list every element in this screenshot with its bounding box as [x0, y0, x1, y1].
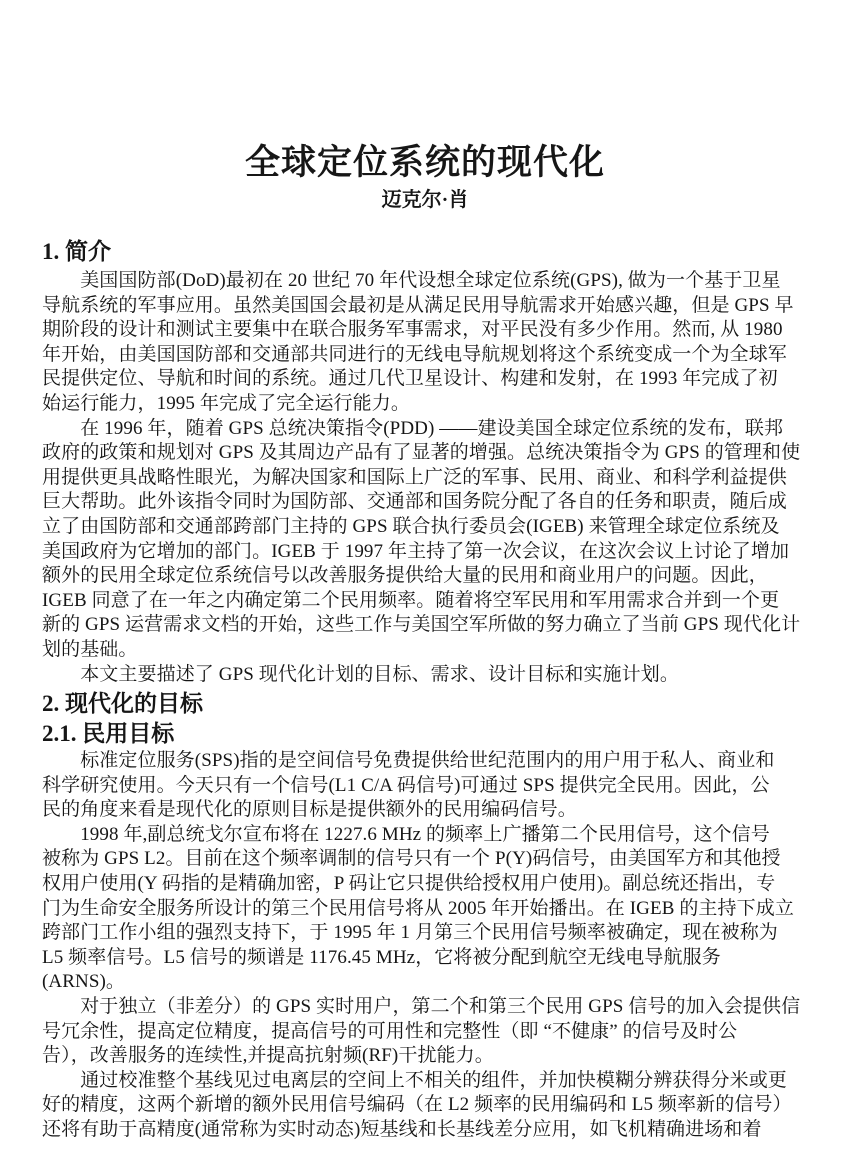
text-line: 期阶段的设计和测试主要集中在联合服务军事需求，对平民没有多少作用。然而, 从 1…	[42, 318, 808, 343]
text-line: 巨大帮助。此外该指令同时为国防部、交通部和国务院分配了各自的任务和职责，随后成	[42, 490, 808, 515]
text-line: 划的基础。	[42, 638, 808, 663]
text-line: 对于独立（非差分）的 GPS 实时用户，第二个和第三个民用 GPS 信号的加入会…	[42, 995, 808, 1020]
text-line: 1998 年,副总统戈尔宣布将在 1227.6 MHz 的频率上广播第二个民用信…	[42, 823, 808, 848]
text-line: 导航系统的军事应用。虽然美国国会最初是从满足民用导航需求开始感兴趣，但是 GPS…	[42, 294, 808, 319]
text-line: 政府的政策和规划对 GPS 及其周边产品有了显著的增强。总统决策指令为 GPS …	[42, 441, 808, 466]
text-line: 通过校准整个基线见过电离层的空间上不相关的组件，并加快模糊分辨获得分米或更	[42, 1069, 808, 1094]
text-line: L5 频率信号。L5 信号的频谱是 1176.45 MHz，它将被分配到航空无线…	[42, 946, 808, 971]
text-line: 本文主要描述了 GPS 现代化计划的目标、需求、设计目标和实施计划。	[42, 663, 808, 688]
text-line: 告），改善服务的连续性,并提高抗射频(RF)干扰能力。	[42, 1044, 808, 1069]
document-author: 迈克尔·肖	[42, 187, 808, 214]
text-line: 在 1996 年，随着 GPS 总统决策指令(PDD) ——建设美国全球定位系统…	[42, 417, 808, 442]
section-2-1-heading: 2.1. 民用目标	[42, 719, 808, 749]
text-line: 标准定位服务(SPS)指的是空间信号免费提供给世纪范围内的用户用于私人、商业和	[42, 749, 808, 774]
section-2-heading: 2. 现代化的目标	[42, 689, 808, 719]
text-line: 号冗余性，提高定位精度，提高信号的可用性和完整性（即 “不健康” 的信号及时公	[42, 1020, 808, 1045]
text-line: 新的 GPS 运营需求文档的开始，这些工作与美国空军所做的努力确立了当前 GPS…	[42, 613, 808, 638]
text-line: 用提供更具战略性眼光，为解决国家和国际上广泛的军事、民用、商业、和科学利益提供	[42, 466, 808, 491]
text-line: 民的角度来看是现代化的原则目标是提供额外的民用编码信号。	[42, 798, 808, 823]
text-line: IGEB 同意了在一年之内确定第二个民用频率。随着将空军民用和军用需求合并到一个…	[42, 589, 808, 614]
document-title: 全球定位系统的现代化	[42, 140, 808, 186]
text-line: 立了由国防部和交通部跨部门主持的 GPS 联合执行委员会(IGEB) 来管理全球…	[42, 515, 808, 540]
text-line: 门为生命安全服务所设计的第三个民用信号将从 2005 年开始播出。在 IGEB …	[42, 897, 808, 922]
text-line: 始运行能力，1995 年完成了完全运行能力。	[42, 392, 808, 417]
text-line: 还将有助于高精度(通常称为实时动态)短基线和长基线差分应用，如飞机精确进场和着	[42, 1118, 808, 1143]
text-line: 美国政府为它增加的部门。IGEB 于 1997 年主持了第一次会议，在这次会议上…	[42, 540, 808, 565]
text-line: 跨部门工作小组的强烈支持下，于 1995 年 1 月第三个民用信号频率被确定，现…	[42, 921, 808, 946]
section-1-heading: 1. 简介	[42, 237, 808, 267]
text-line: 好的精度，这两个新增的额外民用信号编码（在 L2 频率的民用编码和 L5 频率新…	[42, 1093, 808, 1118]
text-line: 年开始，由美国国防部和交通部共同进行的无线电导航规划将这个系统变成一个为全球军	[42, 343, 808, 368]
document-content: 全球定位系统的现代化 迈克尔·肖 1. 简介 美国国防部(DoD)最初在 20 …	[0, 0, 846, 1143]
text-line: (ARNS)。	[42, 970, 808, 995]
text-line: 科学研究使用。今天只有一个信号(L1 C/A 码信号)可通过 SPS 提供完全民…	[42, 774, 808, 799]
document-page: 全球定位系统的现代化 迈克尔·肖 1. 简介 美国国防部(DoD)最初在 20 …	[0, 0, 846, 1155]
text-line: 额外的民用全球定位系统信号以改善服务提供给大量的民用和商业用户的问题。因此，	[42, 564, 808, 589]
text-line: 民提供定位、导航和时间的系统。通过几代卫星设计、构建和发射，在 1993 年完成…	[42, 367, 808, 392]
text-line: 权用户使用(Y 码指的是精确加密，P 码让它只提供给授权用户使用)。副总统还指出…	[42, 872, 808, 897]
text-line: 被称为 GPS L2。目前在这个频率调制的信号只有一个 P(Y)码信号，由美国军…	[42, 847, 808, 872]
section-2-1-body: 标准定位服务(SPS)指的是空间信号免费提供给世纪范围内的用户用于私人、商业和 …	[42, 749, 808, 1143]
text-line: 美国国防部(DoD)最初在 20 世纪 70 年代设想全球定位系统(GPS), …	[42, 269, 808, 294]
section-1-body: 美国国防部(DoD)最初在 20 世纪 70 年代设想全球定位系统(GPS), …	[42, 269, 808, 687]
